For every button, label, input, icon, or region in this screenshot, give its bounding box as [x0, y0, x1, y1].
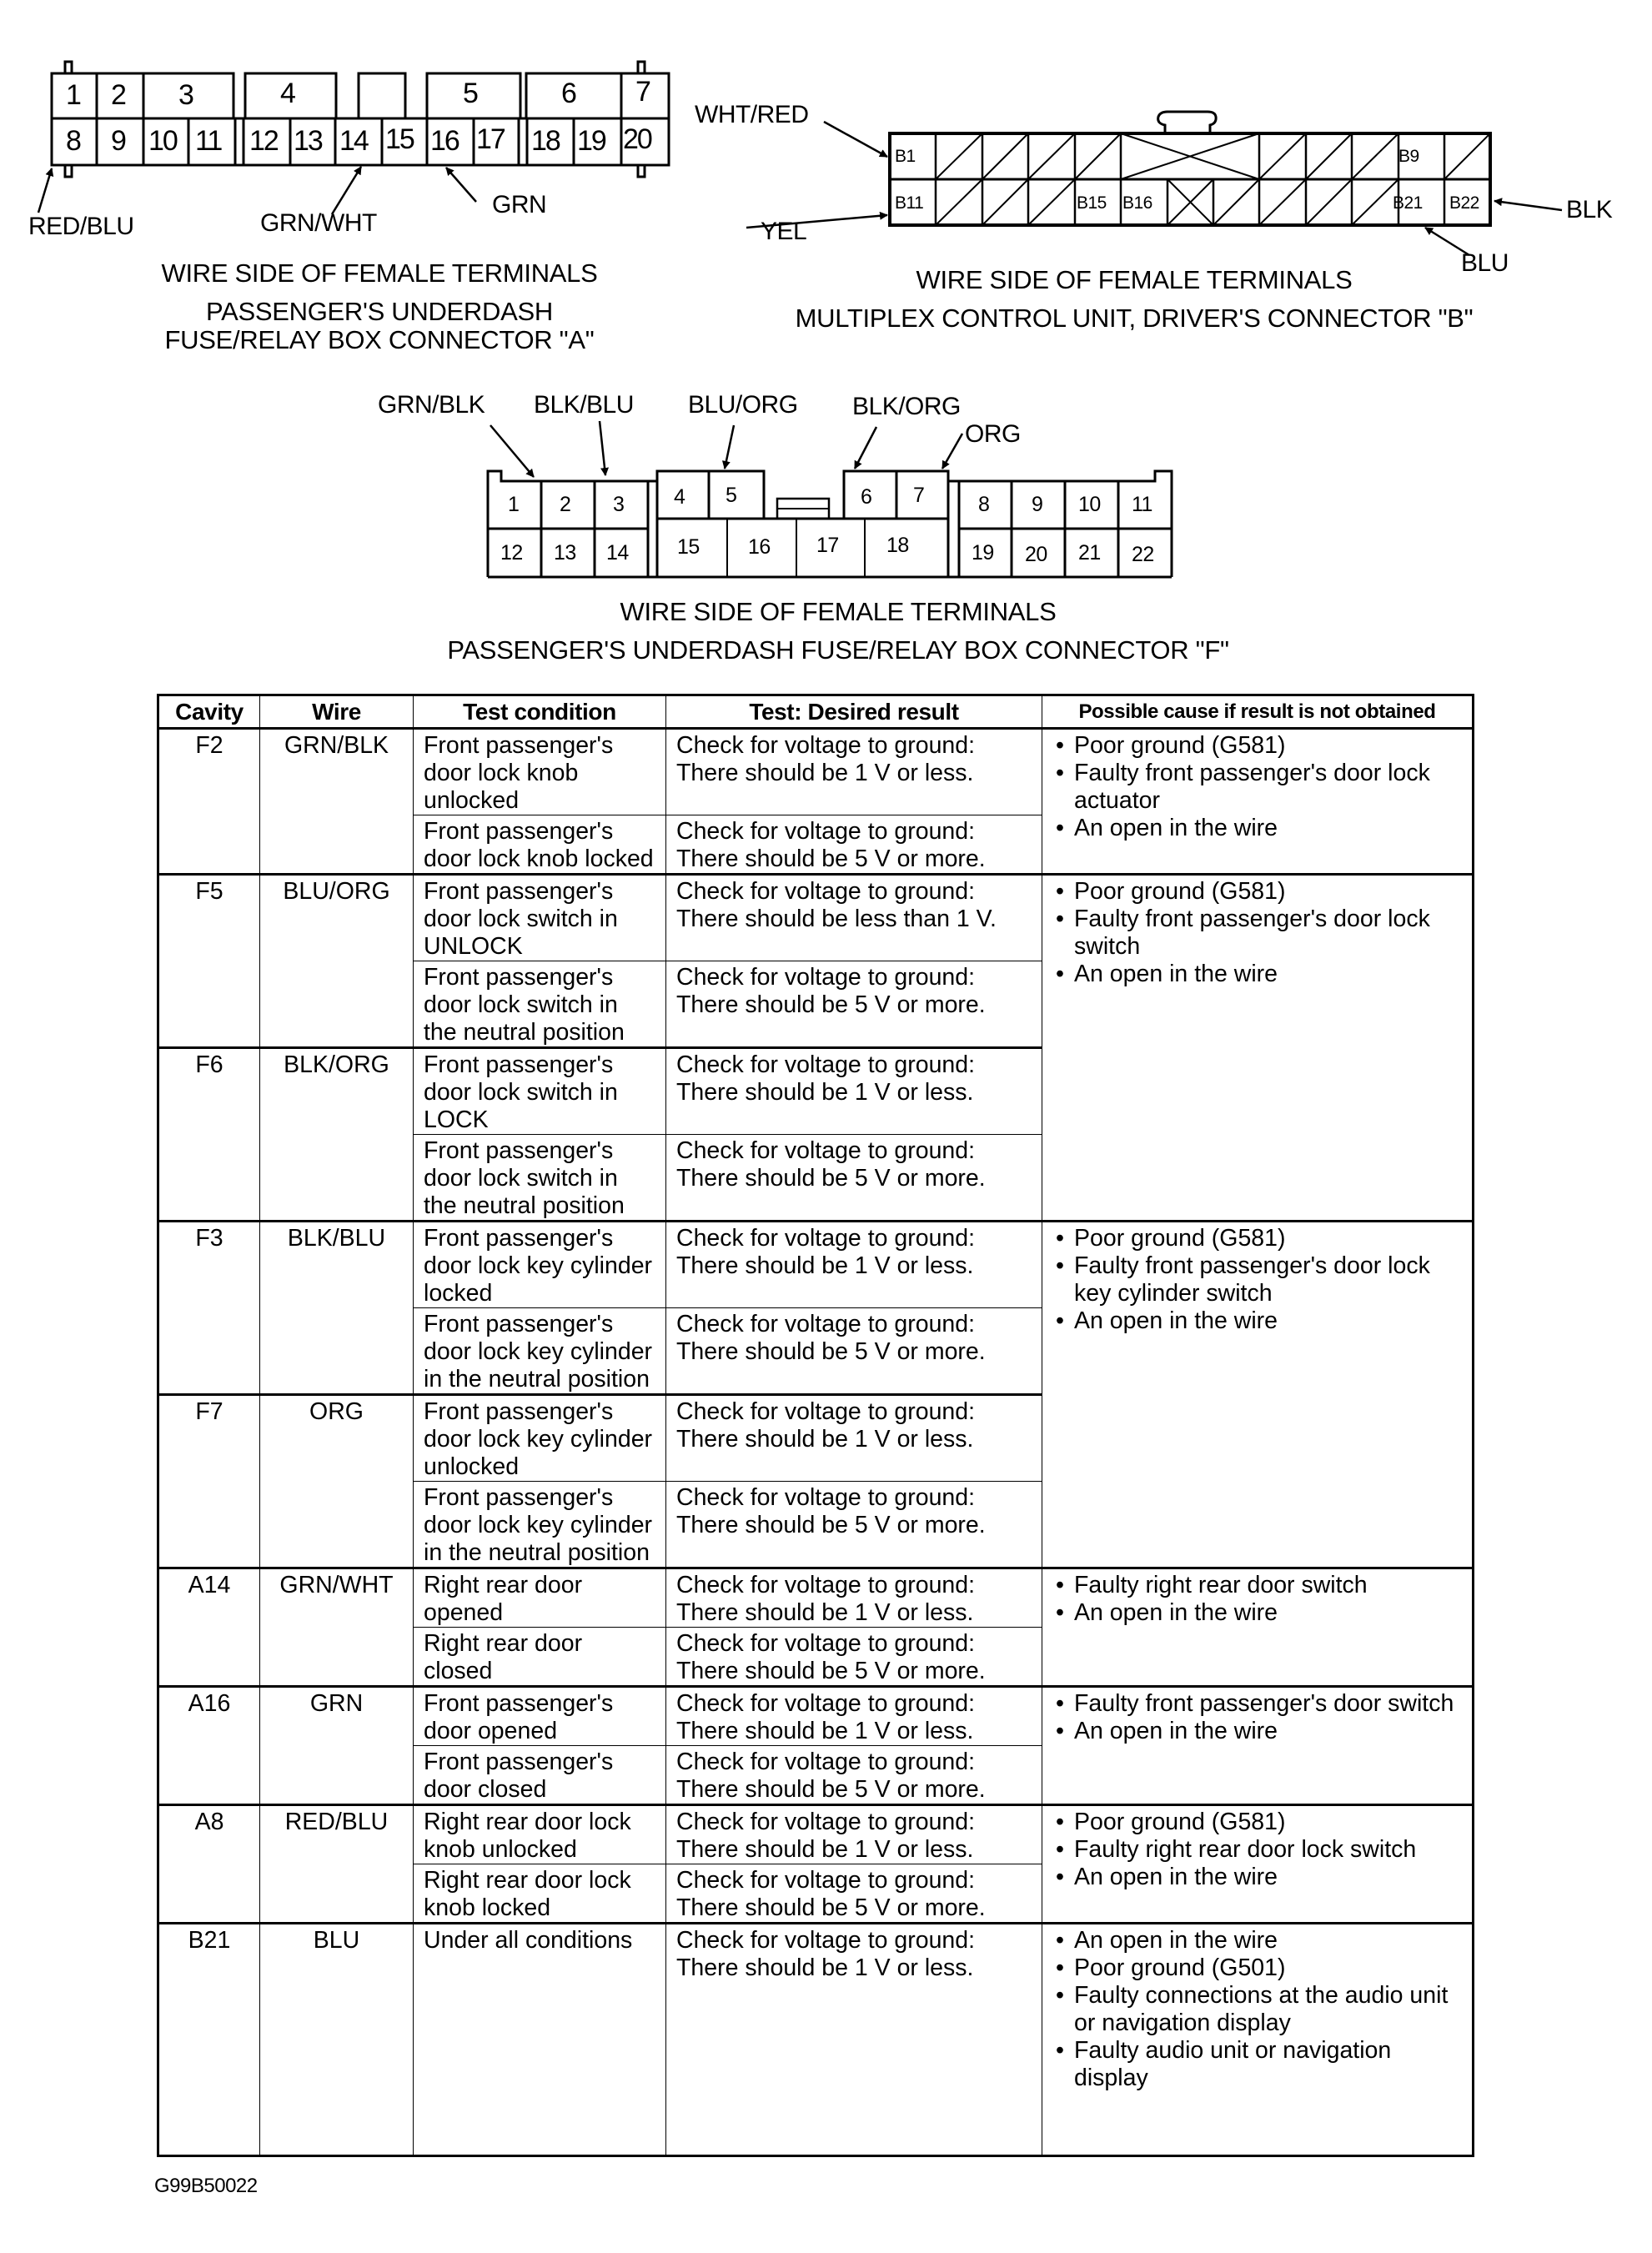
wire-label-grn-wht: GRN/WHT: [260, 210, 377, 237]
desired-result-cell: Check for voltage to ground: There shoul…: [666, 875, 1042, 961]
wire-label-red-blu: RED/BLU: [28, 213, 134, 240]
desired-result-cell: Check for voltage to ground: There shoul…: [666, 1482, 1042, 1568]
desired-result-cell: Check for voltage to ground: There shoul…: [666, 1924, 1042, 2156]
pin-f21: 21: [1078, 539, 1101, 566]
pin-b21: B21: [1393, 190, 1423, 217]
cause-item: Poor ground (G581): [1052, 1225, 1462, 1252]
cause-list: Poor ground (G581)Faulty front passenger…: [1052, 732, 1462, 842]
table-row: A14GRN/WHTRight rear door openedCheck fo…: [158, 1568, 1474, 1628]
wire-label-grn: GRN: [492, 192, 546, 218]
header-possible-cause: Possible cause if result is not obtained: [1042, 695, 1474, 729]
desired-result-cell: Check for voltage to ground: There shoul…: [666, 1746, 1042, 1805]
pin-b11: B11: [895, 190, 923, 217]
cause-item: An open in the wire: [1052, 815, 1462, 842]
pin-f19: 19: [972, 539, 994, 566]
pin-f6: 6: [861, 484, 871, 510]
desired-result-cell: Check for voltage to ground: There shoul…: [666, 1395, 1042, 1482]
wire-color-cell: BLK/ORG: [260, 1048, 414, 1222]
connector-f-caption-2: PASSENGER'S UNDERDASH FUSE/RELAY BOX CON…: [350, 635, 1326, 665]
cause-item: Faulty right rear door lock switch: [1052, 1836, 1462, 1864]
pin-a15: 15: [385, 126, 414, 153]
test-condition-cell: Front passenger's door lock switch in LO…: [414, 1048, 666, 1135]
cause-item: Poor ground (G501): [1052, 1954, 1462, 1982]
pin-a1: 1: [66, 82, 81, 108]
connector-a-caption-3: FUSE/RELAY BOX CONNECTOR "A": [83, 325, 675, 355]
wire-color-cell: GRN/WHT: [260, 1568, 414, 1687]
connector-a-caption-2: PASSENGER'S UNDERDASH: [83, 297, 675, 327]
cavity-cell: F5: [158, 875, 260, 1048]
cause-item: An open in the wire: [1052, 1864, 1462, 1891]
possible-cause-cell: An open in the wirePoor ground (G501)Fau…: [1042, 1924, 1474, 2156]
wire-label-org: ORG: [965, 421, 1021, 448]
desired-result-cell: Check for voltage to ground: There shoul…: [666, 1048, 1042, 1135]
desired-result-cell: Check for voltage to ground: There shoul…: [666, 1628, 1042, 1687]
cause-item: Faulty audio unit or navigation display: [1052, 2037, 1462, 2092]
pin-f11: 11: [1132, 491, 1152, 518]
desired-result-cell: Check for voltage to ground: There shoul…: [666, 815, 1042, 875]
cause-item: An open in the wire: [1052, 961, 1462, 988]
pin-a3: 3: [178, 82, 193, 108]
pin-a17: 17: [476, 126, 505, 153]
test-condition-cell: Front passenger's door closed: [414, 1746, 666, 1805]
cause-item: Poor ground (G581): [1052, 1809, 1462, 1836]
cause-list: An open in the wirePoor ground (G501)Fau…: [1052, 1927, 1462, 2092]
desired-result-cell: Check for voltage to ground: There shoul…: [666, 1687, 1042, 1746]
wire-label-blu-org: BLU/ORG: [688, 392, 798, 419]
pin-a13: 13: [294, 128, 322, 154]
wire-label-blk: BLK: [1566, 197, 1612, 223]
pin-f17: 17: [816, 532, 839, 559]
test-condition-cell: Right rear door lock knob unlocked: [414, 1805, 666, 1864]
test-condition-cell: Right rear door closed: [414, 1628, 666, 1687]
pin-a7: 7: [635, 78, 650, 105]
pin-b15: B15: [1077, 190, 1107, 217]
pin-f2: 2: [560, 491, 570, 518]
table-row: B21BLUUnder all conditionsCheck for volt…: [158, 1924, 1474, 2156]
test-condition-cell: Front passenger's door lock knob locked: [414, 815, 666, 875]
pin-b9: B9: [1398, 143, 1419, 170]
wire-color-cell: RED/BLU: [260, 1805, 414, 1924]
pin-a5: 5: [463, 80, 478, 107]
wire-color-cell: BLU: [260, 1924, 414, 2156]
cause-item: An open in the wire: [1052, 1307, 1462, 1335]
desired-result-cell: Check for voltage to ground: There shoul…: [666, 1308, 1042, 1395]
connector-b-caption-2: MULTIPLEX CONTROL UNIT, DRIVER'S CONNECT…: [751, 304, 1518, 334]
cause-list: Poor ground (G581)Faulty front passenger…: [1052, 878, 1462, 988]
connector-a-caption-1: WIRE SIDE OF FEMALE TERMINALS: [83, 258, 675, 289]
cause-list: Poor ground (G581)Faulty right rear door…: [1052, 1809, 1462, 1891]
possible-cause-cell: Faulty right rear door switchAn open in …: [1042, 1568, 1474, 1687]
pin-f12: 12: [500, 539, 523, 566]
test-condition-cell: Front passenger's door lock key cylinder…: [414, 1308, 666, 1395]
test-condition-cell: Right rear door opened: [414, 1568, 666, 1628]
pin-a10: 10: [148, 128, 177, 154]
cavity-cell: F3: [158, 1222, 260, 1395]
cavity-cell: A8: [158, 1805, 260, 1924]
table-row: A16GRNFront passenger's door openedCheck…: [158, 1687, 1474, 1746]
cause-item: Faulty front passenger's door lock key c…: [1052, 1252, 1462, 1307]
cause-item: Faulty front passenger's door lock switc…: [1052, 906, 1462, 961]
test-condition-cell: Right rear door lock knob locked: [414, 1864, 666, 1924]
wire-label-blk-blu: BLK/BLU: [534, 392, 634, 419]
possible-cause-cell: Poor ground (G581)Faulty right rear door…: [1042, 1805, 1474, 1924]
cause-item: Faulty front passenger's door lock actua…: [1052, 760, 1462, 815]
test-condition-cell: Under all conditions: [414, 1924, 666, 2156]
connector-b-caption-1: WIRE SIDE OF FEMALE TERMINALS: [751, 265, 1518, 295]
pin-a18: 18: [531, 128, 560, 154]
desired-result-cell: Check for voltage to ground: There shoul…: [666, 961, 1042, 1048]
pin-a19: 19: [577, 128, 605, 154]
desired-result-cell: Check for voltage to ground: There shoul…: [666, 1222, 1042, 1308]
cavity-cell: B21: [158, 1924, 260, 2156]
pin-f9: 9: [1032, 491, 1042, 518]
table-row: F5BLU/ORGFront passenger's door lock swi…: [158, 875, 1474, 961]
pin-a14: 14: [339, 128, 368, 154]
header-test-condition: Test condition: [414, 695, 666, 729]
wire-label-grn-blk: GRN/BLK: [378, 392, 485, 419]
pin-f14: 14: [606, 539, 629, 566]
header-cavity: Cavity: [158, 695, 260, 729]
wire-label-wht-red: WHT/RED: [695, 102, 808, 128]
cause-item: Faulty connections at the audio unit or …: [1052, 1982, 1462, 2037]
test-condition-cell: Front passenger's door lock switch in th…: [414, 1135, 666, 1222]
desired-result-cell: Check for voltage to ground: There shoul…: [666, 1568, 1042, 1628]
table-row: A8RED/BLURight rear door lock knob unloc…: [158, 1805, 1474, 1864]
table-row: F2GRN/BLKFront passenger's door lock kno…: [158, 729, 1474, 815]
pin-f10: 10: [1078, 491, 1101, 518]
cavity-cell: F7: [158, 1395, 260, 1568]
cavity-cell: A16: [158, 1687, 260, 1805]
wire-label-yel: YEL: [761, 218, 806, 245]
pin-a4: 4: [280, 80, 295, 107]
pin-a16: 16: [430, 128, 459, 154]
pin-b1: B1: [895, 143, 916, 170]
cause-item: Faulty front passenger's door switch: [1052, 1690, 1462, 1718]
desired-result-cell: Check for voltage to ground: There shoul…: [666, 1864, 1042, 1924]
possible-cause-cell: Poor ground (G581)Faulty front passenger…: [1042, 729, 1474, 875]
test-condition-cell: Front passenger's door lock switch in UN…: [414, 875, 666, 961]
cavity-cell: F6: [158, 1048, 260, 1222]
pin-f15: 15: [677, 534, 700, 560]
pin-f16: 16: [748, 534, 771, 560]
pin-f13: 13: [554, 539, 576, 566]
test-condition-cell: Front passenger's door lock key cylinder…: [414, 1222, 666, 1308]
possible-cause-cell: Poor ground (G581)Faulty front passenger…: [1042, 1222, 1474, 1568]
cause-item: An open in the wire: [1052, 1599, 1462, 1627]
test-condition-cell: Front passenger's door lock key cylinder…: [414, 1482, 666, 1568]
cavity-cell: A14: [158, 1568, 260, 1687]
wire-label-blk-org: BLK/ORG: [852, 394, 961, 420]
troubleshooting-table: Cavity Wire Test condition Test: Desired…: [157, 694, 1474, 2157]
desired-result-cell: Check for voltage to ground: There shoul…: [666, 1135, 1042, 1222]
connector-f-caption-1: WIRE SIDE OF FEMALE TERMINALS: [350, 597, 1326, 627]
test-condition-cell: Front passenger's door lock key cylinder…: [414, 1395, 666, 1482]
figure-code: G99B50022: [154, 2175, 258, 2198]
pin-b22: B22: [1449, 190, 1479, 217]
connector-b: [746, 112, 1562, 255]
possible-cause-cell: Faulty front passenger's door switchAn o…: [1042, 1687, 1474, 1805]
pin-f3: 3: [613, 491, 624, 518]
pin-a11: 11: [195, 128, 221, 154]
cause-item: An open in the wire: [1052, 1927, 1462, 1954]
pin-a6: 6: [561, 80, 576, 107]
header-desired-result: Test: Desired result: [666, 695, 1042, 729]
pin-f5: 5: [726, 482, 736, 509]
wire-color-cell: ORG: [260, 1395, 414, 1568]
pin-f22: 22: [1132, 541, 1154, 568]
possible-cause-cell: Poor ground (G581)Faulty front passenger…: [1042, 875, 1474, 1222]
pin-f4: 4: [674, 484, 685, 510]
wire-color-cell: GRN/BLK: [260, 729, 414, 875]
cause-list: Poor ground (G581)Faulty front passenger…: [1052, 1225, 1462, 1335]
cause-item: An open in the wire: [1052, 1718, 1462, 1745]
wire-color-cell: BLU/ORG: [260, 875, 414, 1048]
pin-a12: 12: [249, 128, 278, 154]
pin-a8: 8: [66, 128, 81, 154]
pin-f20: 20: [1025, 541, 1047, 568]
table-header-row: Cavity Wire Test condition Test: Desired…: [158, 695, 1474, 729]
pin-b16: B16: [1122, 190, 1152, 217]
pin-a20: 20: [623, 126, 651, 153]
test-condition-cell: Front passenger's door opened: [414, 1687, 666, 1746]
cause-item: Faulty right rear door switch: [1052, 1572, 1462, 1599]
table-row: F3BLK/BLUFront passenger's door lock key…: [158, 1222, 1474, 1308]
pin-f8: 8: [978, 491, 989, 518]
cause-item: Poor ground (G581): [1052, 732, 1462, 760]
cavity-cell: F2: [158, 729, 260, 875]
pin-a2: 2: [111, 82, 126, 108]
cause-list: Faulty right rear door switchAn open in …: [1052, 1572, 1462, 1627]
cause-list: Faulty front passenger's door switchAn o…: [1052, 1690, 1462, 1745]
desired-result-cell: Check for voltage to ground: There shoul…: [666, 729, 1042, 815]
header-wire: Wire: [260, 695, 414, 729]
pin-f7: 7: [913, 482, 924, 509]
pin-f18: 18: [886, 532, 909, 559]
pin-f1: 1: [508, 491, 519, 518]
test-condition-cell: Front passenger's door lock switch in th…: [414, 961, 666, 1048]
wire-color-cell: BLK/BLU: [260, 1222, 414, 1395]
wire-color-cell: GRN: [260, 1687, 414, 1805]
pin-a9: 9: [111, 128, 126, 154]
test-condition-cell: Front passenger's door lock knob unlocke…: [414, 729, 666, 815]
desired-result-cell: Check for voltage to ground: There shoul…: [666, 1805, 1042, 1864]
cause-item: Poor ground (G581): [1052, 878, 1462, 906]
